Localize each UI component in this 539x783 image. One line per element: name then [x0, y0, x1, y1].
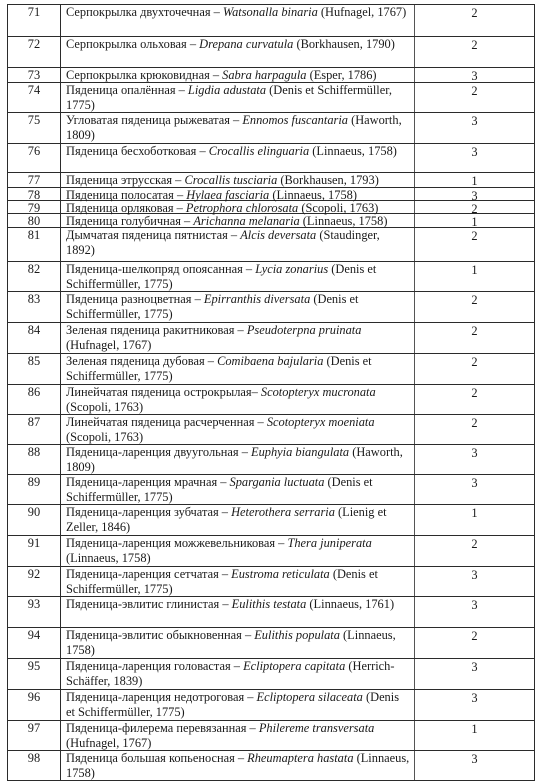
species-name: Линейчатая пяденица расчерченная – Scoto… — [61, 415, 415, 444]
author-year: (Scopoli, 1763) — [298, 201, 378, 215]
russian-name: Пяденица-филерема перевязанная – — [66, 721, 259, 735]
latin-name: Ligdia adustata — [188, 83, 266, 97]
author-year: (Linnaeus, 1758) — [269, 188, 357, 202]
russian-name: Пяденица орляковая – — [66, 201, 186, 215]
table-row: 94 Пяденица-эвлитис обыкновенная – Eulit… — [8, 628, 534, 659]
latin-name: Ennomos fuscantaria — [242, 113, 348, 127]
category-value: 2 — [415, 292, 534, 322]
row-number: 76 — [8, 144, 61, 172]
russian-name: Пяденица опалённая – — [66, 83, 188, 97]
author-year: (Borkhausen, 1793) — [277, 173, 379, 187]
row-number: 93 — [8, 597, 61, 627]
latin-name: Ecliptopera silaceata — [257, 690, 363, 704]
latin-name: Epirranthis diversata — [204, 292, 310, 306]
category-value: 1 — [415, 721, 534, 750]
category-value: 2 — [415, 37, 534, 67]
species-name: Серпокрылка ольховая – Drepana curvatula… — [61, 37, 415, 67]
category-value: 3 — [415, 144, 534, 172]
species-name: Зеленая пяденица ракитниковая – Pseudote… — [61, 323, 415, 353]
latin-name: Scotopteryx moeniata — [267, 415, 375, 429]
row-number: 81 — [8, 228, 61, 261]
russian-name: Пяденица-эвлитис глинистая – — [66, 597, 232, 611]
row-number: 97 — [8, 721, 61, 750]
author-year: (Hufnagel, 1767) — [66, 338, 151, 352]
species-name: Серпокрылка крюковидная – Sabra harpagul… — [61, 68, 415, 82]
russian-name: Пяденица-ларенция сетчатая – — [66, 567, 231, 581]
category-value: 3 — [415, 659, 534, 689]
russian-name: Зеленая пяденица ракитниковая – — [66, 323, 247, 337]
table-row: 98 Пяденица большая копьеносная – Rheuma… — [8, 751, 534, 781]
species-name: Пяденица полосатая – Hylaea fasciaria (L… — [61, 188, 415, 200]
row-number: 98 — [8, 751, 61, 780]
species-name: Серпокрылка двухточечная – Watsonalla bi… — [61, 5, 415, 36]
table-row: 80 Пяденица голубичная – Arichanna melan… — [8, 214, 534, 228]
table-row: 95 Пяденица-ларенция головастая – Eclipt… — [8, 659, 534, 690]
table-row: 93 Пяденица-эвлитис глинистая – Eulithis… — [8, 597, 534, 628]
species-name: Пяденица голубичная – Arichanna melanari… — [61, 214, 415, 227]
russian-name: Линейчатая пяденица расчерченная – — [66, 415, 267, 429]
latin-name: Eulithis populata — [254, 628, 340, 642]
author-year: (Linnaeus, 1758) — [300, 214, 388, 228]
russian-name: Пяденица-ларенция мрачная – — [66, 475, 230, 489]
table-row: 92 Пяденица-ларенция сетчатая – Eustroma… — [8, 567, 534, 597]
table-row: 83 Пяденица разноцветная – Epirranthis d… — [8, 292, 534, 323]
species-name: Пяденица разноцветная – Epirranthis dive… — [61, 292, 415, 322]
author-year: (Esper, 1786) — [307, 68, 377, 82]
table-row: 76 Пяденица бесхоботковая – Crocallis el… — [8, 144, 534, 173]
species-name: Пяденица-ларенция зубчатая – Heterothera… — [61, 505, 415, 535]
latin-name: Eulithis testata — [232, 597, 307, 611]
row-number: 87 — [8, 415, 61, 444]
row-number: 91 — [8, 536, 61, 566]
category-value: 3 — [415, 567, 534, 596]
table-row: 87 Линейчатая пяденица расчерченная – Sc… — [8, 415, 534, 445]
row-number: 95 — [8, 659, 61, 689]
category-value: 2 — [415, 5, 534, 36]
table-row: 78 Пяденица полосатая – Hylaea fasciaria… — [8, 188, 534, 201]
category-value: 2 — [415, 628, 534, 658]
table-row: 97 Пяденица-филерема перевязанная – Phil… — [8, 721, 534, 751]
category-value: 2 — [415, 83, 534, 112]
species-table: 71 Серпокрылка двухточечная – Watsonalla… — [7, 4, 535, 781]
category-value: 3 — [415, 690, 534, 720]
species-name: Пяденица-эвлитис обыкновенная – Eulithis… — [61, 628, 415, 658]
author-year: (Linnaeus, 1758) — [309, 144, 397, 158]
russian-name: Линейчатая пяденица острокрылая– — [66, 385, 261, 399]
category-value: 3 — [415, 445, 534, 474]
russian-name: Угловатая пяденица рыжеватая – — [66, 113, 242, 127]
latin-name: Pseudoterpna pruinata — [247, 323, 362, 337]
latin-name: Scotopteryx mucronata — [261, 385, 376, 399]
russian-name: Пяденица бесхоботковая – — [66, 144, 209, 158]
russian-name: Пяденица-эвлитис обыкновенная – — [66, 628, 254, 642]
latin-name: Thera juniperata — [287, 536, 371, 550]
russian-name: Серпокрылка ольховая – — [66, 37, 199, 51]
row-number: 77 — [8, 173, 61, 187]
latin-name: Crocallis tusciaria — [184, 173, 277, 187]
table-row: 82 Пяденица-шелкопряд опоясанная – Lycia… — [8, 262, 534, 292]
species-name: Пяденица этрусская – Crocallis tusciaria… — [61, 173, 415, 187]
category-value: 3 — [415, 475, 534, 504]
latin-name: Drepana curvatula — [199, 37, 293, 51]
table-row: 84 Зеленая пяденица ракитниковая – Pseud… — [8, 323, 534, 354]
row-number: 86 — [8, 385, 61, 414]
species-name: Дымчатая пяденица пятнистая – Alcis deve… — [61, 228, 415, 261]
russian-name: Пяденица этрусская – — [66, 173, 184, 187]
row-number: 75 — [8, 113, 61, 143]
species-name: Пяденица-ларенция головастая – Ecliptope… — [61, 659, 415, 689]
category-value: 3 — [415, 113, 534, 143]
category-value: 3 — [415, 68, 534, 82]
table-row: 90 Пяденица-ларенция зубчатая – Heteroth… — [8, 505, 534, 536]
species-name: Пяденица-ларенция двуугольная – Euphyia … — [61, 445, 415, 474]
russian-name: Пяденица разноцветная – — [66, 292, 204, 306]
author-year: (Linnaeus, 1761) — [306, 597, 394, 611]
table-row: 96 Пяденица-ларенция недотроговая – Ecli… — [8, 690, 534, 721]
row-number: 84 — [8, 323, 61, 353]
russian-name: Серпокрылка двухточечная – — [66, 5, 223, 19]
latin-name: Spargania luctuata — [230, 475, 325, 489]
latin-name: Rheumaptera hastata — [247, 751, 353, 765]
row-number: 96 — [8, 690, 61, 720]
species-name: Пяденица-эвлитис глинистая – Eulithis te… — [61, 597, 415, 627]
species-name: Пяденица-ларенция недотроговая – Eclipto… — [61, 690, 415, 720]
row-number: 89 — [8, 475, 61, 504]
latin-name: Eustroma reticulata — [231, 567, 330, 581]
category-value: 3 — [415, 188, 534, 200]
russian-name: Пяденица-ларенция зубчатая – — [66, 505, 231, 519]
latin-name: Heterothera serraria — [231, 505, 335, 519]
table-row: 72 Серпокрылка ольховая – Drepana curvat… — [8, 37, 534, 68]
russian-name: Дымчатая пяденица пятнистая – — [66, 228, 240, 242]
latin-name: Petrophora chlorosata — [186, 201, 298, 215]
latin-name: Arichanna melanaria — [193, 214, 299, 228]
author-year: (Hufnagel, 1767) — [318, 5, 406, 19]
row-number: 73 — [8, 68, 61, 82]
latin-name: Comibaena bajularia — [217, 354, 323, 368]
species-name: Пяденица большая копьеносная – Rheumapte… — [61, 751, 415, 780]
category-value: 2 — [415, 415, 534, 444]
species-name: Пяденица-ларенция мрачная – Spargania lu… — [61, 475, 415, 504]
row-number: 74 — [8, 83, 61, 112]
species-name: Пяденица-шелкопряд опоясанная – Lycia zo… — [61, 262, 415, 291]
category-value: 3 — [415, 751, 534, 780]
russian-name: Пяденица большая копьеносная – — [66, 751, 247, 765]
table-row: 81 Дымчатая пяденица пятнистая – Alcis d… — [8, 228, 534, 262]
species-name: Пяденица опалённая – Ligdia adustata (De… — [61, 83, 415, 112]
table-row: 91 Пяденица-ларенция можжевельниковая – … — [8, 536, 534, 567]
species-name: Линейчатая пяденица острокрылая– Scotopt… — [61, 385, 415, 414]
table-row: 74 Пяденица опалённая – Ligdia adustata … — [8, 83, 534, 113]
category-value: 1 — [415, 262, 534, 291]
row-number: 94 — [8, 628, 61, 658]
latin-name: Ecliptopera capitata — [243, 659, 345, 673]
table-row: 77 Пяденица этрусская – Crocallis tuscia… — [8, 173, 534, 188]
row-number: 79 — [8, 201, 61, 213]
latin-name: Crocallis elinguaria — [209, 144, 309, 158]
russian-name: Зеленая пяденица дубовая – — [66, 354, 217, 368]
row-number: 92 — [8, 567, 61, 596]
latin-name: Alcis deversata — [240, 228, 316, 242]
row-number: 90 — [8, 505, 61, 535]
category-value: 2 — [415, 354, 534, 384]
species-name: Пяденица орляковая – Petrophora chlorosa… — [61, 201, 415, 213]
category-value: 1 — [415, 214, 534, 227]
table-row: 79 Пяденица орляковая – Petrophora chlor… — [8, 201, 534, 214]
author-year: (Hufnagel, 1767) — [66, 736, 151, 750]
row-number: 72 — [8, 37, 61, 67]
row-number: 83 — [8, 292, 61, 322]
species-name: Угловатая пяденица рыжеватая – Ennomos f… — [61, 113, 415, 143]
row-number: 88 — [8, 445, 61, 474]
row-number: 82 — [8, 262, 61, 291]
category-value: 1 — [415, 173, 534, 187]
row-number: 78 — [8, 188, 61, 200]
category-value: 2 — [415, 385, 534, 414]
category-value: 2 — [415, 228, 534, 261]
row-number: 80 — [8, 214, 61, 227]
russian-name: Серпокрылка крюковидная – — [66, 68, 222, 82]
latin-name: Philereme transversata — [259, 721, 375, 735]
table-row: 85 Зеленая пяденица дубовая – Comibaena … — [8, 354, 534, 385]
table-row: 89 Пяденица-ларенция мрачная – Spargania… — [8, 475, 534, 505]
latin-name: Euphyia biangulata — [251, 445, 349, 459]
author-year: (Scopoli, 1763) — [66, 430, 143, 444]
species-name: Пяденица-ларенция сетчатая – Eustroma re… — [61, 567, 415, 596]
species-name: Пяденица-филерема перевязанная – Philere… — [61, 721, 415, 750]
table-row: 88 Пяденица-ларенция двуугольная – Euphy… — [8, 445, 534, 475]
latin-name: Sabra harpagula — [222, 68, 306, 82]
author-year: (Scopoli, 1763) — [66, 400, 143, 414]
author-year: (Linnaeus, 1758) — [66, 551, 151, 565]
category-value: 3 — [415, 597, 534, 627]
table-row: 75 Угловатая пяденица рыжеватая – Ennomo… — [8, 113, 534, 144]
latin-name: Hylaea fasciaria — [186, 188, 269, 202]
russian-name: Пяденица-шелкопряд опоясанная – — [66, 262, 255, 276]
row-number: 71 — [8, 5, 61, 36]
species-name: Зеленая пяденица дубовая – Comibaena baj… — [61, 354, 415, 384]
category-value: 2 — [415, 201, 534, 213]
table-row: 86 Линейчатая пяденица острокрылая– Scot… — [8, 385, 534, 415]
species-name: Пяденица-ларенция можжевельниковая – The… — [61, 536, 415, 566]
russian-name: Пяденица-ларенция недотроговая – — [66, 690, 257, 704]
category-value: 2 — [415, 536, 534, 566]
russian-name: Пяденица полосатая – — [66, 188, 186, 202]
latin-name: Lycia zonarius — [255, 262, 328, 276]
category-value: 1 — [415, 505, 534, 535]
russian-name: Пяденица голубичная – — [66, 214, 193, 228]
author-year: (Borkhausen, 1790) — [293, 37, 395, 51]
table-row: 73 Серпокрылка крюковидная – Sabra harpa… — [8, 68, 534, 83]
russian-name: Пяденица-ларенция можжевельниковая – — [66, 536, 287, 550]
row-number: 85 — [8, 354, 61, 384]
category-value: 2 — [415, 323, 534, 353]
russian-name: Пяденица-ларенция двуугольная – — [66, 445, 251, 459]
species-name: Пяденица бесхоботковая – Crocallis eling… — [61, 144, 415, 172]
table-row: 71 Серпокрылка двухточечная – Watsonalla… — [8, 5, 534, 37]
latin-name: Watsonalla binaria — [223, 5, 318, 19]
russian-name: Пяденица-ларенция головастая – — [66, 659, 243, 673]
